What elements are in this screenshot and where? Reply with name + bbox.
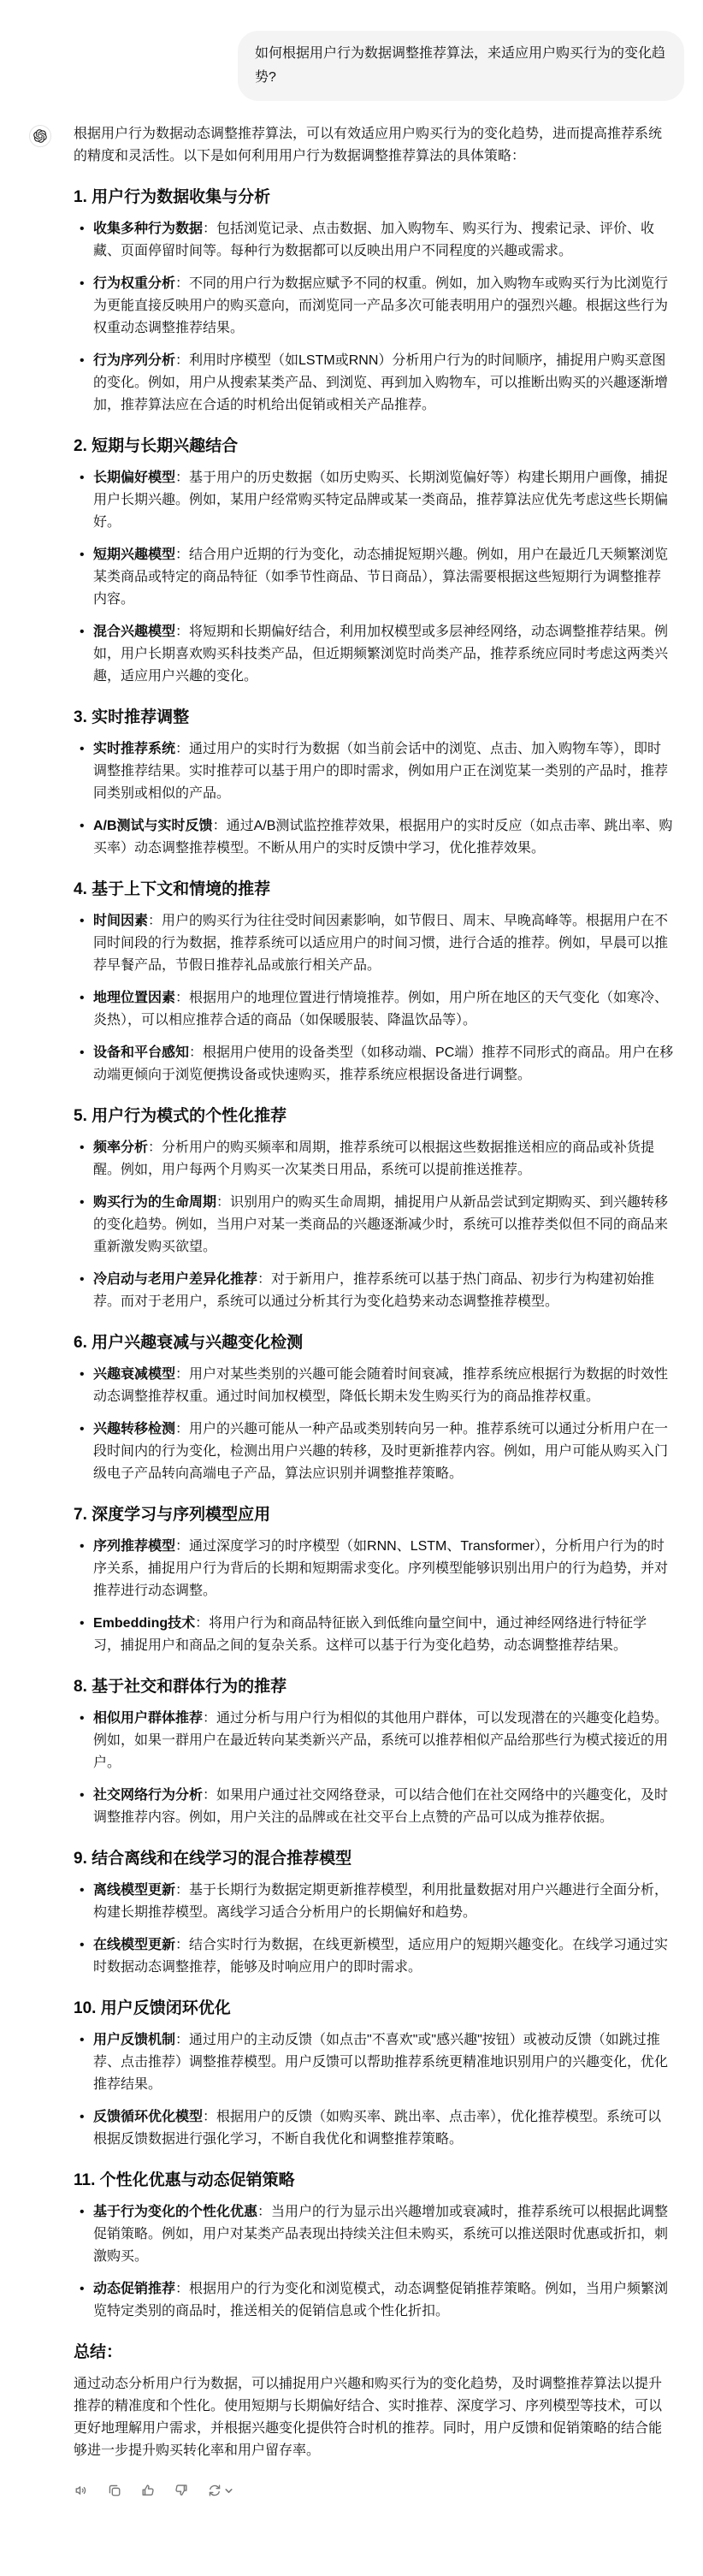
section-bullet-list: 离线模型更新：基于长期行为数据定期更新推荐模型，利用批量数据对用户兴趣进行全面分…	[74, 1880, 674, 1979]
section-heading: 11. 个性化优惠与动态促销策略	[74, 2170, 674, 2191]
bullet-label: 行为权重分析	[93, 276, 175, 291]
bullet-item: 短期兴趣模型：结合用户近期的行为变化，动态捕捉短期兴趣。例如，用户在最近几天频繁…	[93, 544, 674, 611]
section-heading: 7. 深度学习与序列模型应用	[74, 1504, 674, 1525]
user-message-row: 如何根据用户行为数据调整推荐算法，来适应用户购买行为的变化趋势?	[0, 0, 703, 101]
assistant-sections: 1. 用户行为数据收集与分析收集多种行为数据：包括浏览记录、点击数据、加入购物车…	[74, 187, 674, 2323]
bullet-text: 分析用户的购买频率和周期，推荐系统可以根据这些数据推送相应的商品或补货提醒。例如…	[93, 1140, 654, 1177]
chat-thread: 如何根据用户行为数据调整推荐算法，来适应用户购买行为的变化趋势? 根据用户行为数…	[0, 0, 703, 2510]
bullet-item: 用户反馈机制：通过用户的主动反馈（如点击"不喜欢"或"感兴趣"按钮）或被动反馈（…	[93, 2029, 674, 2096]
bullet-item: 离线模型更新：基于长期行为数据定期更新推荐模型，利用批量数据对用户兴趣进行全面分…	[93, 1880, 674, 1924]
bullet-colon: ：	[175, 625, 189, 639]
copy-icon	[107, 2483, 122, 2498]
bullet-label: 长期偏好模型	[93, 471, 175, 485]
bullet-colon: ：	[216, 1195, 230, 1210]
bullet-colon: ：	[148, 1140, 162, 1155]
bullet-colon: ：	[175, 276, 189, 291]
bullet-colon: ：	[189, 1045, 203, 1060]
bullet-item: 兴趣衰减模型：用户对某些类别的兴趣可能会随着时间衰减，推荐系统应根据行为数据的时…	[93, 1364, 674, 1408]
assistant-intro: 根据用户行为数据动态调整推荐算法，可以有效适应用户购买行为的变化趋势，进而提高推…	[74, 123, 674, 168]
bullet-item: 地理位置因素：根据用户的地理位置进行情境推荐。例如，用户所在地区的天气变化（如寒…	[93, 987, 674, 1032]
user-message-bubble: 如何根据用户行为数据调整推荐算法，来适应用户购买行为的变化趋势?	[238, 31, 684, 101]
good-response-button[interactable]	[137, 2479, 159, 2502]
bullet-label: 序列推荐模型	[93, 1539, 175, 1554]
bullet-label: 反馈循环优化模型	[93, 2110, 203, 2124]
regenerate-button[interactable]	[204, 2479, 237, 2502]
bullet-colon: ：	[257, 2205, 271, 2219]
section-heading: 9. 结合离线和在线学习的混合推荐模型	[74, 1848, 674, 1869]
bullet-item: 混合兴趣模型：将短期和长期偏好结合，利用加权模型或多层神经网络，动态调整推荐结果…	[93, 621, 674, 688]
bullet-item: 长期偏好模型：基于用户的历史数据（如历史购买、长期浏览偏好等）构建长期用户画像，…	[93, 467, 674, 534]
bullet-colon: ：	[175, 991, 189, 1005]
bullet-item: 兴趣转移检测：用户的兴趣可能从一种产品或类别转向另一种。推荐系统可以通过分析用户…	[93, 1418, 674, 1485]
bullet-label: 基于行为变化的个性化优惠	[93, 2205, 257, 2219]
bullet-item: 频率分析：分析用户的购买频率和周期，推荐系统可以根据这些数据推送相应的商品或补货…	[93, 1137, 674, 1181]
bullet-colon: ：	[175, 1422, 189, 1436]
bad-response-button[interactable]	[170, 2479, 192, 2502]
section-bullet-list: 长期偏好模型：基于用户的历史数据（如历史购买、长期浏览偏好等）构建长期用户画像，…	[74, 467, 674, 688]
bullet-colon: ：	[148, 914, 162, 928]
bullet-item: 冷启动与老用户差异化推荐：对于新用户，推荐系统可以基于热门商品、初步行为构建初始…	[93, 1269, 674, 1313]
bullet-colon: ：	[175, 1883, 189, 1898]
bullet-item: 动态促销推荐：根据用户的行为变化和浏览模式，动态调整促销推荐策略。例如，当用户频…	[93, 2278, 674, 2323]
section-bullet-list: 收集多种行为数据：包括浏览记录、点击数据、加入购物车、购买行为、搜索记录、评价、…	[74, 218, 674, 417]
bullet-item: 时间因素：用户的购买行为往往受时间因素影响，如节假日、周末、早晚高峰等。根据用户…	[93, 910, 674, 977]
bullet-label: 购买行为的生命周期	[93, 1195, 216, 1210]
bullet-label: 离线模型更新	[93, 1883, 175, 1898]
bullet-item: 行为权重分析：不同的用户行为数据应赋予不同的权重。例如，加入购物车或购买行为比浏…	[93, 273, 674, 340]
bullet-label: 行为序列分析	[93, 353, 175, 368]
bullet-label: 兴趣转移检测	[93, 1422, 175, 1436]
bullet-label: 收集多种行为数据	[93, 222, 203, 236]
bullet-label: 短期兴趣模型	[93, 548, 175, 562]
summary-text: 通过动态分析用户行为数据，可以捕捉用户兴趣和购买行为的变化趋势，及时调整推荐算法…	[74, 2373, 674, 2462]
bullet-item: 收集多种行为数据：包括浏览记录、点击数据、加入购物车、购买行为、搜索记录、评价、…	[93, 218, 674, 263]
bullet-label: 实时推荐系统	[93, 742, 175, 756]
assistant-avatar	[29, 125, 51, 147]
bullet-colon: ：	[195, 1616, 209, 1631]
bullet-colon: ：	[175, 2033, 189, 2047]
bullet-label: 相似用户群体推荐	[93, 1711, 203, 1726]
section-bullet-list: 基于行为变化的个性化优惠：当用户的行为显示出兴趣增加或衰减时，推荐系统可以根据此…	[74, 2201, 674, 2323]
bullet-item: 行为序列分析：利用时序模型（如LSTM或RNN）分析用户行为的时间顺序，捕捉用户…	[93, 350, 674, 417]
bullet-label: 混合兴趣模型	[93, 625, 175, 639]
bullet-item: A/B测试与实时反馈：通过A/B测试监控推荐效果，根据用户的实时反应（如点击率、…	[93, 815, 674, 860]
section-bullet-list: 频率分析：分析用户的购买频率和周期，推荐系统可以根据这些数据推送相应的商品或补货…	[74, 1137, 674, 1313]
bullet-colon: ：	[203, 1711, 216, 1726]
bullet-label: 冷启动与老用户差异化推荐	[93, 1272, 257, 1287]
bullet-item: 基于行为变化的个性化优惠：当用户的行为显示出兴趣增加或衰减时，推荐系统可以根据此…	[93, 2201, 674, 2268]
bullet-item: 在线模型更新：结合实时行为数据，在线更新模型，适应用户的短期兴趣变化。在线学习通…	[93, 1934, 674, 1979]
bullet-label: 地理位置因素	[93, 991, 175, 1005]
bullet-colon: ：	[175, 1938, 189, 1952]
section-bullet-list: 相似用户群体推荐：通过分析与用户行为相似的其他用户群体，可以发现潜在的兴趣变化趋…	[74, 1708, 674, 1829]
openai-logo-icon	[33, 129, 47, 143]
section-bullet-list: 兴趣衰减模型：用户对某些类别的兴趣可能会随着时间衰减，推荐系统应根据行为数据的时…	[74, 1364, 674, 1485]
bullet-colon: ：	[175, 471, 189, 485]
bullet-item: 相似用户群体推荐：通过分析与用户行为相似的其他用户群体，可以发现潜在的兴趣变化趋…	[93, 1708, 674, 1774]
bullet-item: 购买行为的生命周期：识别用户的购买生命周期，捕捉用户从新品尝试到定期购买、到兴趣…	[93, 1192, 674, 1258]
bullet-colon: ：	[203, 222, 216, 236]
assistant-message-row: 根据用户行为数据动态调整推荐算法，可以有效适应用户购买行为的变化趋势，进而提高推…	[0, 101, 703, 2502]
section-heading: 3. 实时推荐调整	[74, 707, 674, 728]
message-actions	[70, 2479, 674, 2502]
section-heading: 4. 基于上下文和情境的推荐	[74, 879, 674, 900]
bullet-label: 动态促销推荐	[93, 2282, 175, 2296]
section-bullet-list: 用户反馈机制：通过用户的主动反馈（如点击"不喜欢"或"感兴趣"按钮）或被动反馈（…	[74, 2029, 674, 2151]
bullet-colon: ：	[175, 548, 189, 562]
bullet-item: 社交网络行为分析：如果用户通过社交网络登录，可以结合他们在社交网络中的兴趣变化，…	[93, 1785, 674, 1829]
section-bullet-list: 实时推荐系统：通过用户的实时行为数据（如当前会话中的浏览、点击、加入购物车等），…	[74, 738, 674, 860]
bullet-colon: ：	[175, 2282, 189, 2296]
bullet-label: 社交网络行为分析	[93, 1788, 203, 1803]
section-heading: 5. 用户行为模式的个性化推荐	[74, 1105, 674, 1127]
bullet-colon: ：	[175, 742, 189, 756]
bullet-label: 设备和平台感知	[93, 1045, 189, 1060]
section-heading: 10. 用户反馈闭环优化	[74, 1998, 674, 2019]
summary-heading: 总结：	[74, 2342, 674, 2363]
bullet-item: 实时推荐系统：通过用户的实时行为数据（如当前会话中的浏览、点击、加入购物车等），…	[93, 738, 674, 805]
bullet-label: 频率分析	[93, 1140, 148, 1155]
bullet-label: A/B测试与实时反馈	[93, 819, 213, 833]
bullet-item: 设备和平台感知：根据用户使用的设备类型（如移动端、PC端）推荐不同形式的商品。用…	[93, 1042, 674, 1087]
bullet-label: 时间因素	[93, 914, 148, 928]
bullet-label: Embedding技术	[93, 1616, 195, 1631]
bullet-colon: ：	[213, 819, 227, 833]
bullet-colon: ：	[175, 1367, 189, 1382]
refresh-icon	[207, 2483, 222, 2498]
section-bullet-list: 序列推荐模型：通过深度学习的时序模型（如RNN、LSTM、Transformer…	[74, 1536, 674, 1657]
bullet-item: Embedding技术：将用户行为和商品特征嵌入到低维向量空间中，通过神经网络进…	[93, 1613, 674, 1657]
section-heading: 2. 短期与长期兴趣结合	[74, 435, 674, 457]
section-bullet-list: 时间因素：用户的购买行为往往受时间因素影响，如节假日、周末、早晚高峰等。根据用户…	[74, 910, 674, 1087]
bullet-item: 反馈循环优化模型：根据用户的反馈（如购买率、跳出率、点击率），优化推荐模型。系统…	[93, 2106, 674, 2151]
bullet-colon: ：	[175, 353, 189, 368]
bullet-item: 序列推荐模型：通过深度学习的时序模型（如RNN、LSTM、Transformer…	[93, 1536, 674, 1602]
copy-button[interactable]	[103, 2479, 126, 2502]
bullet-colon: ：	[257, 1272, 271, 1287]
thumb-down-icon	[174, 2483, 189, 2498]
bullet-colon: ：	[203, 1788, 216, 1803]
thumb-up-icon	[140, 2483, 156, 2498]
bullet-colon: ：	[175, 1539, 189, 1554]
bullet-colon: ：	[203, 2110, 216, 2124]
chevron-down-icon	[224, 2486, 233, 2496]
bullet-label: 用户反馈机制	[93, 2033, 175, 2047]
bullet-text: 用户的购买行为往往受时间因素影响，如节假日、周末、早晚高峰等。根据用户在不同时间…	[93, 914, 668, 973]
bullet-label: 在线模型更新	[93, 1938, 175, 1952]
bullet-label: 兴趣衰减模型	[93, 1367, 175, 1382]
section-heading: 1. 用户行为数据收集与分析	[74, 187, 674, 208]
section-heading: 8. 基于社交和群体行为的推荐	[74, 1676, 674, 1697]
section-heading: 6. 用户兴趣衰减与兴趣变化检测	[74, 1332, 674, 1353]
read-aloud-button[interactable]	[70, 2479, 92, 2502]
speaker-icon	[74, 2483, 89, 2498]
assistant-message-content: 根据用户行为数据动态调整推荐算法，可以有效适应用户购买行为的变化趋势，进而提高推…	[74, 123, 674, 2502]
